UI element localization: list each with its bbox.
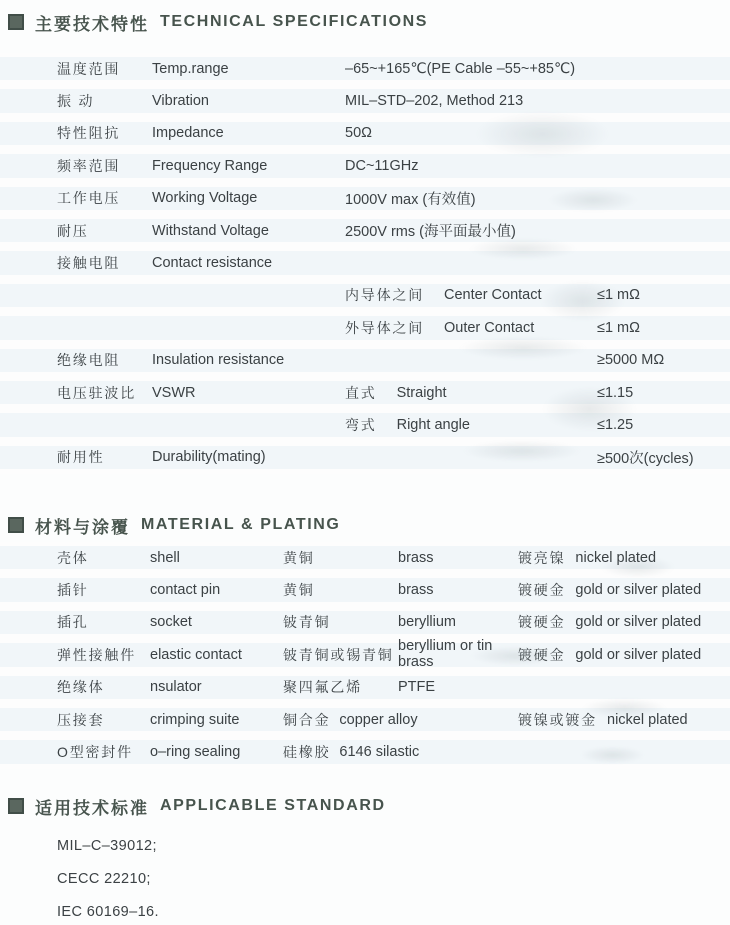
spec-label-zh: 特性阻抗	[57, 122, 120, 145]
spec-row-durability: 耐用性 Durability(mating) ≥500次(cycles)	[0, 442, 730, 474]
plating-zh: 镀硬金	[518, 580, 565, 600]
standards-title-zh: 适用技术标准	[35, 794, 149, 819]
standards-title-en: APPLICABLE STANDARD	[160, 797, 386, 815]
square-bullet-icon	[8, 14, 24, 30]
part-name-zh: 弹性接触件	[57, 643, 136, 666]
spec-row-temp-range: 温度范围 Temp.range –65~+165℃(PE Cable –55~+…	[0, 53, 730, 85]
plating-en: gold or silver plated	[575, 647, 701, 663]
spec-row-contact-resistance: 接触电阻 Contact resistance	[0, 247, 730, 279]
spec-label-en: Impedance	[152, 122, 224, 145]
spec-row-vibration: 振 动 Vibration MIL–STD–202, Method 213	[0, 85, 730, 117]
spec-label-zh: 耐压	[57, 219, 89, 242]
square-bullet-icon	[8, 798, 24, 814]
plating-en: nickel plated	[575, 550, 656, 566]
material-en: 6146 silastic	[339, 744, 419, 760]
part-name-en: o–ring sealing	[150, 740, 240, 763]
spec-label-zh: 工作电压	[57, 187, 120, 210]
spec-label-zh: 振 动	[57, 89, 94, 112]
standards-list: MIL–C–39012; CECC 22210; IEC 60169–16.	[57, 829, 159, 925]
spec-value: ≤1.25	[597, 413, 633, 436]
spec-label-zh: 频率范围	[57, 154, 120, 177]
part-name-en: contact pin	[150, 578, 220, 601]
material-table: 壳体 shell 黄铜brass 镀亮镍nickel plated 插针 con…	[0, 542, 730, 769]
spec-label-en: Durability(mating)	[152, 446, 266, 469]
section-header-standards: 适用技术标准 APPLICABLE STANDARD	[8, 795, 386, 817]
specs-title-en: TECHNICAL SPECIFICATIONS	[160, 13, 428, 31]
material-row-insulator: 绝缘体 nsulator 聚四氟乙烯PTFE	[0, 672, 730, 704]
spec-row-impedance: 特性阻抗 Impedance 50Ω	[0, 118, 730, 150]
spec-row-withstand-voltage: 耐压 Withstand Voltage 2500V rms (海平面最小值)	[0, 215, 730, 247]
spec-value: ≤1 mΩ	[597, 316, 640, 339]
material-zh: 聚四氟乙烯	[283, 677, 398, 697]
standard-item-mil: MIL–C–39012;	[57, 829, 159, 862]
material-zh: 黄铜	[283, 580, 398, 600]
part-name-en: shell	[150, 546, 180, 569]
material-en: PTFE	[398, 679, 435, 695]
spec-label-zh: 温度范围	[57, 57, 120, 80]
spec-label-zh: 绝缘电阻	[57, 349, 120, 372]
part-name-zh: O型密封件	[57, 740, 133, 763]
spec-value: ≥500次(cycles)	[597, 446, 694, 469]
spec-row-working-voltage: 工作电压 Working Voltage 1000V max (有效值)	[0, 183, 730, 215]
spec-row-center-contact: 内导体之间Center Contact ≤1 mΩ	[0, 280, 730, 312]
spec-mid-zh: 直式	[345, 383, 377, 403]
material-en: brass	[398, 550, 433, 566]
spec-label-en: Frequency Range	[152, 154, 267, 177]
spec-label-en: Withstand Voltage	[152, 219, 269, 242]
spec-value: ≤1.15	[597, 381, 633, 404]
spec-mid-en: 1000V max (有效值)	[345, 188, 476, 209]
material-zh: 硅橡胶	[283, 742, 330, 762]
spec-mid-en: MIL–STD–202, Method 213	[345, 93, 523, 109]
material-zh: 铍青铜或锡青铜	[283, 645, 398, 665]
part-name-zh: 插孔	[57, 611, 89, 634]
plating-zh: 镀硬金	[518, 645, 565, 665]
plating-en: gold or silver plated	[575, 582, 701, 598]
spec-mid-en: Outer Contact	[444, 320, 534, 336]
square-bullet-icon	[8, 517, 24, 533]
spec-mid-en: DC~11GHz	[345, 158, 418, 174]
spec-value: ≤1 mΩ	[597, 284, 640, 307]
spec-mid-en: 50Ω	[345, 125, 372, 141]
material-en: copper alloy	[339, 712, 417, 728]
material-row-o-ring: O型密封件 o–ring sealing 硅橡胶6146 silastic	[0, 736, 730, 768]
part-name-en: nsulator	[150, 676, 202, 699]
part-name-zh: 绝缘体	[57, 676, 104, 699]
spec-label-en: Vibration	[152, 89, 209, 112]
part-name-zh: 壳体	[57, 546, 89, 569]
plating-en: gold or silver plated	[575, 614, 701, 630]
material-title-zh: 材料与涂覆	[35, 513, 130, 538]
spec-mid-zh: 外导体之间	[345, 318, 424, 338]
spec-mid-en: Straight	[397, 385, 447, 401]
standard-item-iec: IEC 60169–16.	[57, 895, 159, 925]
material-en: brass	[398, 582, 433, 598]
spec-label-en: Temp.range	[152, 57, 229, 80]
material-zh: 黄铜	[283, 548, 398, 568]
plating-zh: 镀硬金	[518, 612, 565, 632]
material-row-crimping-suite: 压接套 crimping suite 铜合金copper alloy 镀镍或镀金…	[0, 704, 730, 736]
plating-zh: 镀亮镍	[518, 548, 565, 568]
spec-label-zh: 耐用性	[57, 446, 104, 469]
spec-row-vswr-straight: 电压驻波比 VSWR 直式Straight ≤1.15	[0, 377, 730, 409]
material-row-shell: 壳体 shell 黄铜brass 镀亮镍nickel plated	[0, 542, 730, 574]
standard-item-cecc: CECC 22210;	[57, 862, 159, 895]
plating-en: nickel plated	[607, 712, 688, 728]
spec-row-outer-contact: 外导体之间Outer Contact ≤1 mΩ	[0, 312, 730, 344]
section-header-material: 材料与涂覆 MATERIAL & PLATING	[8, 514, 340, 536]
section-header-specs: 主要技术特性 TECHNICAL SPECIFICATIONS	[8, 11, 428, 33]
spec-label-en: Insulation resistance	[152, 349, 284, 372]
material-en: beryllium or tin brass	[398, 639, 494, 670]
spec-mid-en: 2500V rms (海平面最小值)	[345, 220, 516, 241]
datasheet-page: 主要技术特性 TECHNICAL SPECIFICATIONS 温度范围 Tem…	[0, 0, 730, 925]
spec-value: ≥5000 MΩ	[597, 349, 664, 372]
spec-mid-en: Right angle	[397, 417, 470, 433]
part-name-zh: 压接套	[57, 708, 104, 731]
spec-mid-en: –65~+165℃(PE Cable –55~+85℃)	[345, 61, 575, 77]
spec-mid-zh: 内导体之间	[345, 285, 424, 305]
material-title-en: MATERIAL & PLATING	[141, 516, 340, 534]
specs-table: 温度范围 Temp.range –65~+165℃(PE Cable –55~+…	[0, 53, 730, 474]
spec-row-vswr-right-angle: 弯式Right angle ≤1.25	[0, 409, 730, 441]
spec-label-en: Working Voltage	[152, 187, 257, 210]
material-row-elastic-contact: 弹性接触件 elastic contact 铍青铜或锡青铜beryllium o…	[0, 639, 730, 671]
material-zh: 铜合金	[283, 710, 330, 730]
spec-mid-en: Center Contact	[444, 287, 542, 303]
spec-label-zh: 接触电阻	[57, 251, 120, 274]
material-row-socket: 插孔 socket 铍青铜beryllium 镀硬金gold or silver…	[0, 607, 730, 639]
material-en: beryllium	[398, 614, 456, 630]
plating-zh: 镀镍或镀金	[518, 710, 597, 730]
spec-row-insulation-resistance: 绝缘电阻 Insulation resistance ≥5000 MΩ	[0, 345, 730, 377]
material-row-contact-pin: 插针 contact pin 黄铜brass 镀硬金gold or silver…	[0, 574, 730, 606]
spec-row-frequency-range: 频率范围 Frequency Range DC~11GHz	[0, 150, 730, 182]
specs-title-zh: 主要技术特性	[35, 10, 149, 35]
part-name-en: crimping suite	[150, 708, 239, 731]
material-zh: 铍青铜	[283, 612, 398, 632]
spec-label-en: VSWR	[152, 381, 196, 404]
part-name-en: elastic contact	[150, 643, 242, 666]
part-name-zh: 插针	[57, 578, 89, 601]
part-name-en: socket	[150, 611, 192, 634]
spec-mid-zh: 弯式	[345, 415, 377, 435]
spec-label-zh: 电压驻波比	[57, 381, 136, 404]
spec-label-en: Contact resistance	[152, 251, 272, 274]
